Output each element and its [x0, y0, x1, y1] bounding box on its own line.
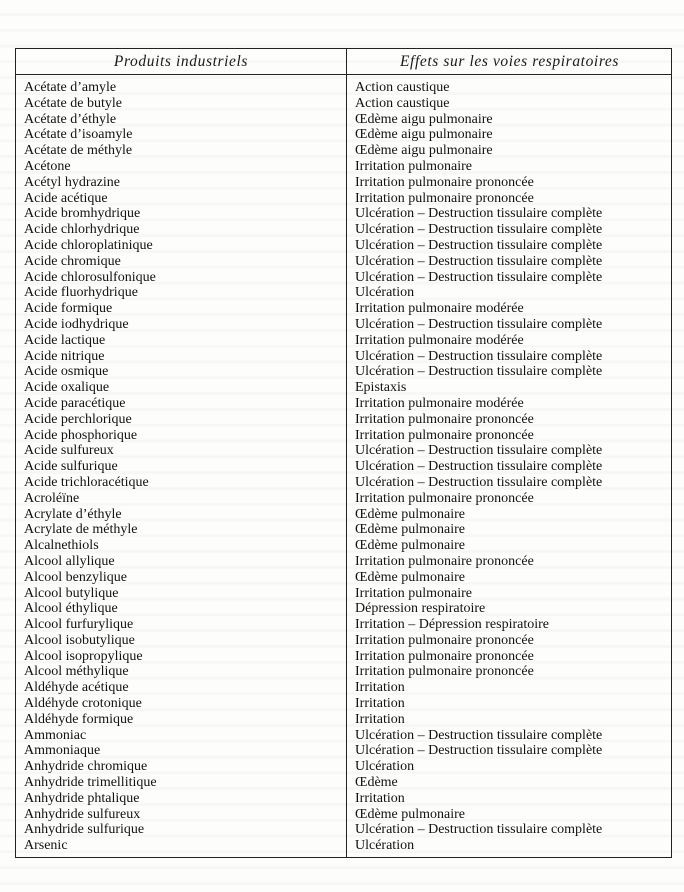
product-cell: Acrylate d’éthyle	[24, 507, 122, 523]
product-cell: Alcool benzylique	[24, 570, 127, 586]
table-row: Acide fluorhydriqueUlcération	[16, 285, 671, 301]
effect-cell: Dépression respiratoire	[355, 601, 485, 617]
table-header: Produits industriels Effets sur les voie…	[16, 49, 671, 75]
product-cell: Acrylate de méthyle	[24, 522, 138, 538]
product-cell: Acide chloroplatinique	[24, 238, 153, 254]
effect-cell: Ulcération	[355, 838, 414, 854]
table-row: ArsenicUlcération	[16, 838, 671, 854]
column-header-products: Produits industriels	[16, 49, 346, 74]
table-row: Aldéhyde formiqueIrritation	[16, 712, 671, 728]
table-row: Aldéhyde crotoniqueIrritation	[16, 696, 671, 712]
table-row: Acétate de méthyleŒdème aigu pulmonaire	[16, 143, 671, 159]
effect-cell: Œdème pulmonaire	[355, 570, 465, 586]
table-row: Acide perchloriqueIrritation pulmonaire …	[16, 412, 671, 428]
product-cell: Aldéhyde formique	[24, 712, 133, 728]
product-cell: Alcalnethiols	[24, 538, 99, 554]
effect-cell: Irritation – Dépression respiratoire	[355, 617, 549, 633]
table-row: Acide acétiqueIrritation pulmonaire pron…	[16, 191, 671, 207]
product-cell: Arsenic	[24, 838, 68, 854]
product-cell: Acétone	[24, 159, 71, 175]
product-cell: Acide paracétique	[24, 396, 125, 412]
product-cell: Alcool allylique	[24, 554, 115, 570]
table-row: Alcool allyliqueIrritation pulmonaire pr…	[16, 554, 671, 570]
effect-cell: Ulcération – Destruction tissulaire comp…	[355, 254, 602, 270]
effect-cell: Irritation pulmonaire modérée	[355, 301, 524, 317]
effect-cell: Ulcération	[355, 285, 414, 301]
effect-cell: Epistaxis	[355, 380, 406, 396]
product-cell: Aldéhyde crotonique	[24, 696, 142, 712]
table-row: Alcool méthyliqueIrritation pulmonaire p…	[16, 664, 671, 680]
table-row: Acide formiqueIrritation pulmonaire modé…	[16, 301, 671, 317]
product-cell: Acétate d’éthyle	[24, 112, 116, 128]
table-row: Acétate d’éthyleŒdème aigu pulmonaire	[16, 112, 671, 128]
effect-cell: Œdème	[355, 775, 398, 791]
table-row: Acétate d’amyleAction caustique	[16, 80, 671, 96]
effect-cell: Irritation pulmonaire prononcée	[355, 191, 534, 207]
effect-cell: Irritation	[355, 680, 405, 696]
product-cell: Ammoniac	[24, 728, 86, 744]
product-cell: Acide chlorosulfonique	[24, 270, 156, 286]
table-row: Acide chlorhydriqueUlcération – Destruct…	[16, 222, 671, 238]
table-row: Acrylate de méthyleŒdème pulmonaire	[16, 522, 671, 538]
table-row: AmmoniaqueUlcération – Destruction tissu…	[16, 743, 671, 759]
product-cell: Alcool furfurylique	[24, 617, 133, 633]
table-row: Acide paracétiqueIrritation pulmonaire m…	[16, 396, 671, 412]
product-cell: Acide iodhydrique	[24, 317, 129, 333]
table-row: Acétyl hydrazineIrritation pulmonaire pr…	[16, 175, 671, 191]
effect-cell: Ulcération – Destruction tissulaire comp…	[355, 443, 602, 459]
product-cell: Anhydride chromique	[24, 759, 147, 775]
table-row: Alcool furfuryliqueIrritation – Dépressi…	[16, 617, 671, 633]
product-cell: Acide oxalique	[24, 380, 109, 396]
product-cell: Acide chromique	[24, 254, 121, 270]
table-row: Acide bromhydriqueUlcération – Destructi…	[16, 206, 671, 222]
table-row: Acide iodhydriqueUlcération – Destructio…	[16, 317, 671, 333]
table-row: Alcool éthyliqueDépression respiratoire	[16, 601, 671, 617]
effect-cell: Œdème pulmonaire	[355, 507, 465, 523]
effect-cell: Irritation pulmonaire prononcée	[355, 554, 534, 570]
effect-cell: Ulcération – Destruction tissulaire comp…	[355, 206, 602, 222]
effect-cell: Ulcération	[355, 759, 414, 775]
effect-cell: Action caustique	[355, 80, 449, 96]
effect-cell: Œdème aigu pulmonaire	[355, 112, 493, 128]
effect-cell: Irritation pulmonaire modérée	[355, 396, 524, 412]
effect-cell: Ulcération – Destruction tissulaire comp…	[355, 270, 602, 286]
table-row: Acétate de butyleAction caustique	[16, 96, 671, 112]
product-cell: Anhydride phtalique	[24, 791, 139, 807]
table-row: Acide phosphoriqueIrritation pulmonaire …	[16, 428, 671, 444]
table-row: Acide oxaliqueEpistaxis	[16, 380, 671, 396]
product-cell: Acide nitrique	[24, 349, 104, 365]
table-row: Alcool benzyliqueŒdème pulmonaire	[16, 570, 671, 586]
effect-cell: Irritation pulmonaire	[355, 586, 472, 602]
product-cell: Ammoniaque	[24, 743, 100, 759]
effect-cell: Irritation pulmonaire prononcée	[355, 491, 534, 507]
table-row: Alcool isobutyliqueIrritation pulmonaire…	[16, 633, 671, 649]
product-cell: Acétate de méthyle	[24, 143, 132, 159]
product-cell: Acétate d’isoamyle	[24, 127, 132, 143]
effect-cell: Irritation pulmonaire	[355, 159, 472, 175]
effect-cell: Ulcération – Destruction tissulaire comp…	[355, 475, 602, 491]
table-row: AlcalnethiolsŒdème pulmonaire	[16, 538, 671, 554]
table-body: Acétate d’amyleAction caustiqueAcétate d…	[16, 80, 671, 854]
product-cell: Acétyl hydrazine	[24, 175, 120, 191]
table-row: Acétate d’isoamyleŒdème aigu pulmonaire	[16, 127, 671, 143]
table-row: Acide sulfuriqueUlcération – Destruction…	[16, 459, 671, 475]
product-cell: Acide phosphorique	[24, 428, 137, 444]
respiratory-effects-table: Produits industriels Effets sur les voie…	[15, 48, 672, 858]
product-cell: Alcool isobutylique	[24, 633, 135, 649]
effect-cell: Œdème pulmonaire	[355, 807, 465, 823]
effect-cell: Irritation	[355, 712, 405, 728]
effect-cell: Ulcération – Destruction tissulaire comp…	[355, 459, 602, 475]
table-row: Aldéhyde acétiqueIrritation	[16, 680, 671, 696]
product-cell: Acide chlorhydrique	[24, 222, 139, 238]
table-row: Acide nitriqueUlcération – Destruction t…	[16, 349, 671, 365]
column-header-effects: Effets sur les voies respiratoires	[347, 49, 672, 74]
product-cell: Acide fluorhydrique	[24, 285, 138, 301]
effect-cell: Œdème pulmonaire	[355, 538, 465, 554]
effect-cell: Œdème aigu pulmonaire	[355, 143, 493, 159]
table-row: AcroléïneIrritation pulmonaire prononcée	[16, 491, 671, 507]
product-cell: Aldéhyde acétique	[24, 680, 129, 696]
table-row: Acide chlorosulfoniqueUlcération – Destr…	[16, 270, 671, 286]
effect-cell: Irritation pulmonaire modérée	[355, 333, 524, 349]
effect-cell: Ulcération – Destruction tissulaire comp…	[355, 317, 602, 333]
product-cell: Alcool isopropylique	[24, 649, 143, 665]
table-row: Acide chloroplatiniqueUlcération – Destr…	[16, 238, 671, 254]
product-cell: Acétate d’amyle	[24, 80, 116, 96]
table-row: Acide chromiqueUlcération – Destruction …	[16, 254, 671, 270]
product-cell: Acide trichloracétique	[24, 475, 149, 491]
product-cell: Alcool éthylique	[24, 601, 118, 617]
table-row: Acrylate d’éthyleŒdème pulmonaire	[16, 507, 671, 523]
table-row: Acide osmiqueUlcération – Destruction ti…	[16, 364, 671, 380]
table-row: Anhydride trimellitiqueŒdème	[16, 775, 671, 791]
product-cell: Acide formique	[24, 301, 112, 317]
table-row: Alcool butyliqueIrritation pulmonaire	[16, 586, 671, 602]
table-row: Anhydride sulfuriqueUlcération – Destruc…	[16, 822, 671, 838]
effect-cell: Ulcération – Destruction tissulaire comp…	[355, 238, 602, 254]
table-row: AmmoniacUlcération – Destruction tissula…	[16, 728, 671, 744]
table-row: AcétoneIrritation pulmonaire	[16, 159, 671, 175]
product-cell: Acide lactique	[24, 333, 105, 349]
table-row: Acide lactiqueIrritation pulmonaire modé…	[16, 333, 671, 349]
product-cell: Anhydride trimellitique	[24, 775, 157, 791]
effect-cell: Irritation pulmonaire prononcée	[355, 428, 534, 444]
table-row: Alcool isopropyliqueIrritation pulmonair…	[16, 649, 671, 665]
effect-cell: Ulcération – Destruction tissulaire comp…	[355, 364, 602, 380]
effect-cell: Ulcération – Destruction tissulaire comp…	[355, 822, 602, 838]
effect-cell: Ulcération – Destruction tissulaire comp…	[355, 743, 602, 759]
table-row: Anhydride sulfureuxŒdème pulmonaire	[16, 807, 671, 823]
effect-cell: Irritation pulmonaire prononcée	[355, 175, 534, 191]
product-cell: Acide perchlorique	[24, 412, 132, 428]
product-cell: Acétate de butyle	[24, 96, 122, 112]
effect-cell: Ulcération – Destruction tissulaire comp…	[355, 222, 602, 238]
product-cell: Acide sulfurique	[24, 459, 118, 475]
product-cell: Acide bromhydrique	[24, 206, 140, 222]
product-cell: Acroléïne	[24, 491, 79, 507]
effect-cell: Irritation pulmonaire prononcée	[355, 649, 534, 665]
effect-cell: Œdème aigu pulmonaire	[355, 127, 493, 143]
product-cell: Acide sulfureux	[24, 443, 114, 459]
effect-cell: Irritation pulmonaire prononcée	[355, 633, 534, 649]
effect-cell: Irritation	[355, 696, 405, 712]
table-row: Acide sulfureuxUlcération – Destruction …	[16, 443, 671, 459]
effect-cell: Irritation	[355, 791, 405, 807]
product-cell: Anhydride sulfurique	[24, 822, 144, 838]
effect-cell: Ulcération – Destruction tissulaire comp…	[355, 349, 602, 365]
product-cell: Alcool méthylique	[24, 664, 129, 680]
product-cell: Acide acétique	[24, 191, 108, 207]
effect-cell: Œdème pulmonaire	[355, 522, 465, 538]
product-cell: Acide osmique	[24, 364, 108, 380]
product-cell: Anhydride sulfureux	[24, 807, 140, 823]
table-row: Acide trichloracétiqueUlcération – Destr…	[16, 475, 671, 491]
effect-cell: Action caustique	[355, 96, 449, 112]
effect-cell: Irritation pulmonaire prononcée	[355, 664, 534, 680]
product-cell: Alcool butylique	[24, 586, 119, 602]
effect-cell: Ulcération – Destruction tissulaire comp…	[355, 728, 602, 744]
table-row: Anhydride phtaliqueIrritation	[16, 791, 671, 807]
table-row: Anhydride chromiqueUlcération	[16, 759, 671, 775]
effect-cell: Irritation pulmonaire prononcée	[355, 412, 534, 428]
